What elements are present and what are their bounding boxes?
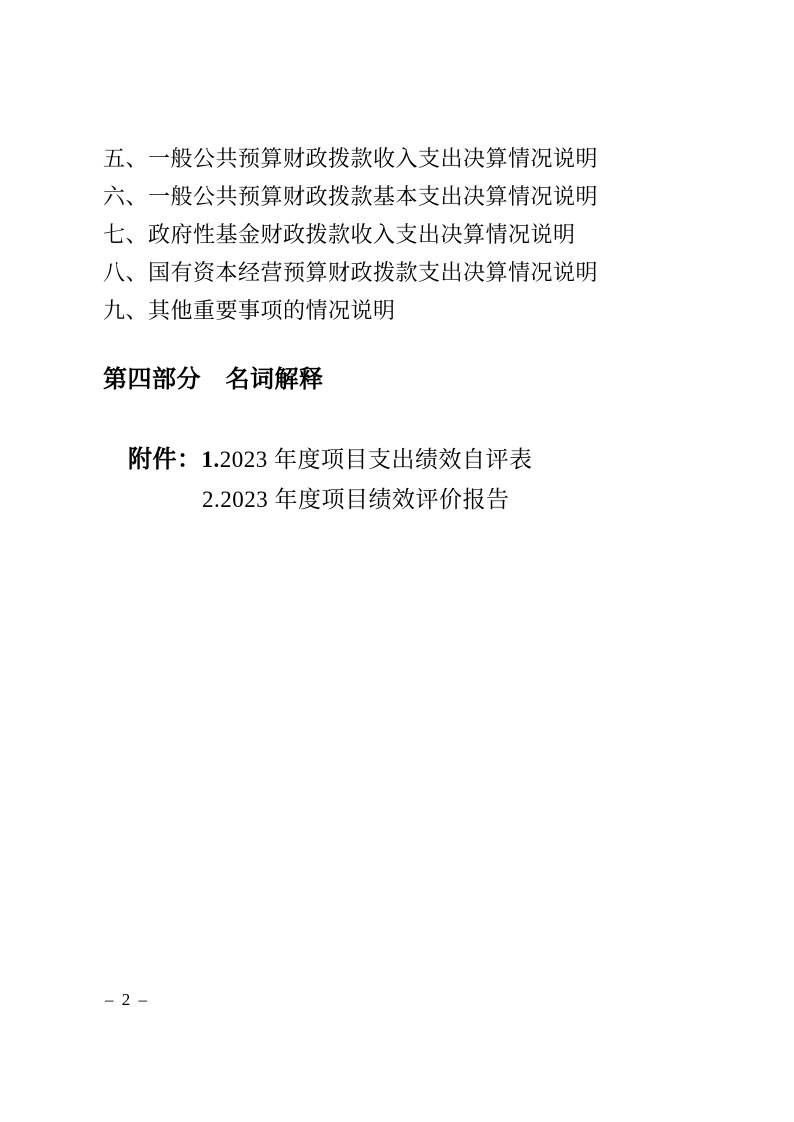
attachment-line-2: 2.2023 年度项目绩效评价报告 bbox=[177, 440, 510, 560]
document-page: 五、一般公共预算财政拨款收入支出决算情况说明 六、一般公共预算财政拨款基本支出决… bbox=[0, 0, 794, 1122]
toc-item-8: 八、国有资本经营预算财政拨款支出决算情况说明 bbox=[103, 254, 598, 292]
toc-item-5: 五、一般公共预算财政拨款收入支出决算情况说明 bbox=[103, 140, 598, 178]
section-heading: 第四部分 名词解释 bbox=[103, 360, 324, 400]
attachment-2-number: 2. bbox=[202, 487, 220, 512]
toc-item-6: 六、一般公共预算财政拨款基本支出决算情况说明 bbox=[103, 178, 598, 216]
page-number: – 2 – bbox=[105, 990, 149, 1010]
toc-list: 五、一般公共预算财政拨款收入支出决算情况说明 六、一般公共预算财政拨款基本支出决… bbox=[103, 140, 598, 330]
attachment-2-text: 2023 年度项目绩效评价报告 bbox=[220, 487, 509, 512]
toc-item-9: 九、其他重要事项的情况说明 bbox=[103, 292, 598, 330]
toc-item-7: 七、政府性基金财政拨款收入支出决算情况说明 bbox=[103, 216, 598, 254]
